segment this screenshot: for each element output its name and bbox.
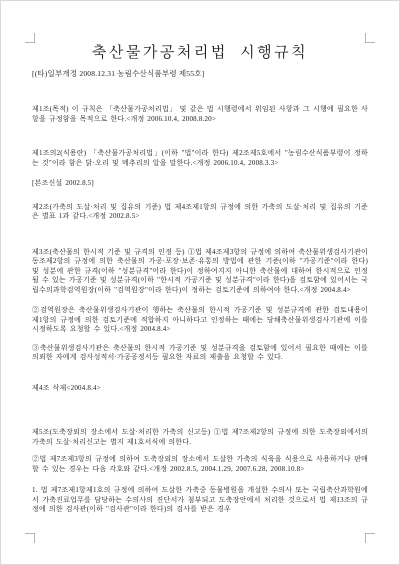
crop-mark-bottom-left (25, 533, 35, 543)
document-title: 축산물가공처리법 시행규칙 (1, 41, 399, 62)
document-body: 제1조(목적) 이 규칙은 「축산물가공처리법」 및 같은 법 시행령에서 위임… (32, 105, 368, 515)
article-4-deleted: 제4조 삭제<2004.8.4> (32, 384, 368, 394)
article-2-paragraph: 제2조(가축의 도살·처리 및 집유의 기준) 법 제4조제1항의 규정에 의한… (32, 203, 368, 222)
article-1-paragraph: 제1조(목적) 이 규칙은 「축산물가공처리법」 및 같은 법 시행령에서 위임… (32, 105, 368, 124)
crop-mark-top-left (25, 33, 35, 43)
article-5-clause-1: 제5조(도축장외의 장소에서 도살·처리한 가축의 신고등) ①법 제7조제2항… (32, 428, 368, 447)
article-1-2-note: [본조신설 2002.8.5] (32, 179, 368, 189)
crop-mark-top-right (365, 33, 375, 43)
crop-mark-bottom-right (365, 533, 375, 543)
article-5-clause-2: ②법 제7조제3항의 규정에 의하여 도축장외의 장소에서 도살한 가축의 식육… (32, 455, 368, 474)
revision-info: [(타)일부개정 2008.12.31 농림수산식품부령 제55호] (32, 68, 399, 79)
article-5-item-1: 1. 법 제7조제1항제1호의 규정에 의하여 도살한 가축중 동물병원을 개설… (32, 486, 368, 515)
article-3-clause-2: ②검역원장은 축산물위생검사기관이 행하는 축산물의 한시적 가공기준 및 성분… (32, 306, 368, 335)
article-3-clause-3: ③축산물위생검사기관은 축산물의 한시적 가공기준 및 성분규격을 검토함에 있… (32, 344, 368, 363)
article-1-2-paragraph: 제1조의2(식용란) 「축산물가공처리법」(이하 "법"이라 한다) 제2조제5… (32, 149, 368, 168)
article-3-clause-1: 제3조(축산물의 한시적 기준 및 규격의 인정 등) ①법 제4조제3항의 규… (32, 248, 368, 296)
document-page: 축산물가공처리법 시행규칙 [(타)일부개정 2008.12.31 농림수산식품… (0, 0, 400, 565)
